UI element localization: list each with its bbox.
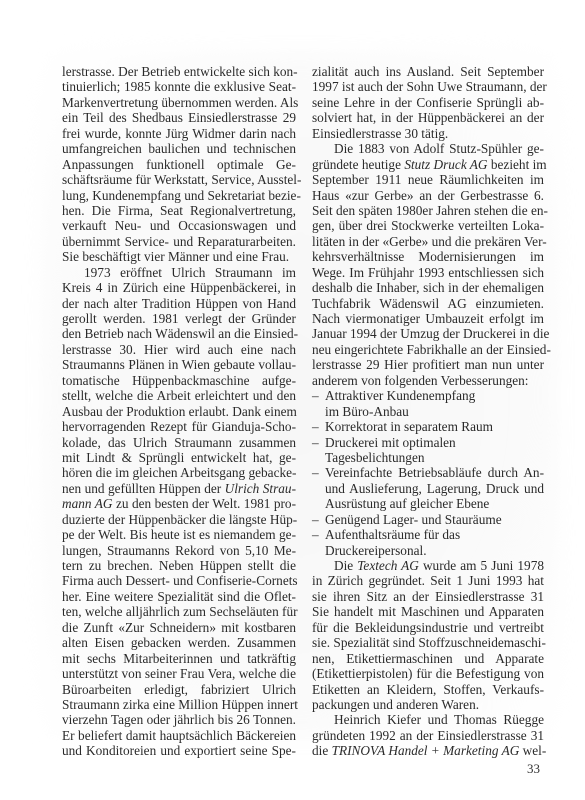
text-line: seine Lehre in der Confiserie Sprüngli a… bbox=[312, 95, 544, 110]
text-line: Die Textech AG wurde am 5 Juni 1978 bbox=[312, 558, 544, 573]
text-line: solviert hat, in der Hüppenbäckerei an d… bbox=[312, 110, 544, 125]
text-line: Januar 1994 der Umzug der Druckerei in d… bbox=[312, 326, 544, 341]
text-line: alten Eisen gebacken werden. Zusammen bbox=[62, 635, 296, 650]
text-line: sie. Spezialität sind Stoffzuschneidemas… bbox=[312, 635, 544, 650]
text-line: Seit den späten 1980er Jahren stehen die… bbox=[312, 203, 544, 218]
list-bullet: – bbox=[312, 527, 319, 542]
company-name-italic: TRINOVA Handel + Marketing AG bbox=[332, 743, 520, 758]
text-line: im Büro-Anbau bbox=[312, 404, 544, 419]
list-bullet: – bbox=[312, 419, 319, 434]
text-line: zialität auch ins Ausland. Seit Septembe… bbox=[312, 64, 544, 79]
text-line: unterstützt von seiner Frau Vera, welche… bbox=[62, 666, 296, 681]
text-line: vierzehn Tagen oder jährlich bis 26 Tonn… bbox=[62, 712, 296, 727]
text-line: Sie beschäftigt vier Männer und eine Fra… bbox=[62, 249, 296, 264]
text-line: neu eingerichtete Fabrikhalle an der Ein… bbox=[312, 342, 544, 357]
text-line: Tuchfabrik Wädenswil AG einzumieten. bbox=[312, 296, 544, 311]
text-line: die TRINOVA Handel + Marketing AG wel- bbox=[312, 743, 544, 758]
text-line: übernimmt Service- und Reparaturarbeiten… bbox=[62, 234, 296, 249]
text-line: gen, über drei Stockwerke verteilten Lok… bbox=[312, 218, 544, 233]
text-line: Wege. Im Frühjahr 1993 entschliessen sic… bbox=[312, 265, 544, 280]
text-line: hervorragenden Rezept für Gianduja-Scho- bbox=[62, 419, 296, 434]
text-line: gerollt werden. 1981 verlegt der Gründer bbox=[62, 311, 296, 326]
text-line: Die 1883 von Adolf Stutz-Spühler ge- bbox=[312, 141, 544, 156]
text-line: umfangreichen baulichen und technischen bbox=[62, 141, 296, 156]
text-line: Ausrüstung auf gleicher Ebene bbox=[312, 496, 544, 511]
company-name-italic: Ulrich Strau- bbox=[225, 481, 296, 496]
text-line: Straumanns Plänen in Wien gebaute vollau… bbox=[62, 357, 296, 372]
company-name-italic: Stutz Druck AG bbox=[404, 157, 487, 172]
text-line: und Auslieferung, Lagerung, Druck und bbox=[312, 481, 544, 496]
text-line: her. Eine weitere Spezialität sind die O… bbox=[62, 589, 296, 604]
text-line: Ausbau der Produktion erlaubt. Dank eine… bbox=[62, 404, 296, 419]
text-line: mann AG zu den besten der Welt. 1981 pro… bbox=[62, 496, 296, 511]
left-text-column: lerstrasse. Der Betrieb entwickelte sich… bbox=[62, 64, 296, 759]
text-line: lung, Kundenempfang und Sekretariat bezi… bbox=[62, 188, 296, 203]
text-line: hen. Die Firma, Seat Regionalvertretung, bbox=[62, 203, 296, 218]
text-line: stellt, welche die Arbeit erleichtert un… bbox=[62, 388, 296, 403]
text-line: duzierte der Hüppenbäcker die längste Hü… bbox=[62, 512, 296, 527]
text-line: 1997 ist auch der Sohn Uwe Straumann, de… bbox=[312, 79, 544, 94]
text-line: deshalb die Inhaber, sich in der ehemali… bbox=[312, 280, 544, 295]
text-line: und Konditoreien und exportiert seine Sp… bbox=[62, 743, 296, 758]
list-bullet: – bbox=[312, 388, 319, 403]
text-line: den Betrieb nach Wädenswil an die Einsie… bbox=[62, 326, 296, 341]
text-line: lerstrasse 30. Hier wird auch eine nach bbox=[62, 342, 296, 357]
list-bullet: – bbox=[312, 465, 319, 480]
company-name-italic: Textech AG bbox=[357, 558, 419, 573]
text-line: schäftsräume für Werkstatt, Service, Aus… bbox=[62, 172, 296, 187]
list-bullet: – bbox=[312, 435, 319, 450]
text-line: lerstrasse. Der Betrieb entwickelte sich… bbox=[62, 64, 296, 79]
list-bullet: – bbox=[312, 512, 319, 527]
text-line: Kreis 4 in Zürich eine Hüppenbäckerei, i… bbox=[62, 280, 296, 295]
text-line: Straumann zirka eine Million Hüppen inne… bbox=[62, 697, 296, 712]
text-line: September 1911 neue Räumlichkeiten im bbox=[312, 172, 544, 187]
text-line: nen, Etikettiermaschinen und Apparate bbox=[312, 651, 544, 666]
text-line: Markenvertretung übernommen werden. Als bbox=[62, 95, 296, 110]
company-name-italic: mann AG bbox=[62, 496, 113, 511]
text-line: gründete heutige Stutz Druck AG bezieht … bbox=[312, 157, 544, 172]
text-line: kolade, das Ulrich Straumann zusammen bbox=[62, 435, 296, 450]
text-line: Anpassungen funktionell optimale Ge- bbox=[62, 157, 296, 172]
text-line: –Druckerei mit optimalen bbox=[312, 435, 544, 450]
text-line: ein Teil des Shedbaus Einsiedlerstrasse … bbox=[62, 110, 296, 125]
text-line: lerstrasse 29 Hier profitiert man nun un… bbox=[312, 357, 544, 372]
text-line: tomatische Hüppenbackmaschine aufge- bbox=[62, 373, 296, 388]
text-line: der nach alter Tradition Hüppen von Hand bbox=[62, 296, 296, 311]
text-line: mit Lindt & Sprüngli entwickelt hat, ge- bbox=[62, 450, 296, 465]
text-line: die Zunft «Zur Schneidern» mit kostbaren bbox=[62, 620, 296, 635]
text-line: gründeten 1992 an der Einsiedlerstrasse … bbox=[312, 728, 544, 743]
text-line: Heinrich Kiefer und Thomas Rüegge bbox=[312, 712, 544, 727]
text-line: pe der Welt. Bis heute ist es niemandem … bbox=[62, 527, 296, 542]
text-line: –Genügend Lager- und Stauräume bbox=[312, 512, 544, 527]
text-line: litäten in der «Gerbe» und die prekären … bbox=[312, 234, 544, 249]
text-line: in Zürich gegründet. Seit 1 Juni 1993 ha… bbox=[312, 573, 544, 588]
text-line: Er beliefert damit hauptsächlich Bäckere… bbox=[62, 728, 296, 743]
text-line: Nach viermonatiger Umbauzeit erfolgt im bbox=[312, 311, 544, 326]
text-line: mit sechs Mitarbeiterinnen und tatkräfti… bbox=[62, 651, 296, 666]
text-line: Sie handelt mit Maschinen und Apparaten bbox=[312, 604, 544, 619]
text-line: –Vereinfachte Betriebsabläufe durch An- bbox=[312, 465, 544, 480]
text-line: Druckereipersonal. bbox=[312, 543, 544, 558]
text-line: Haus «zur Gerbe» an der Gerbestrasse 6. bbox=[312, 188, 544, 203]
text-line: sie ihren Sitz an der Einsiedlerstrasse … bbox=[312, 589, 544, 604]
text-line: (Etikettierpistolen) für die Befestigung… bbox=[312, 666, 544, 681]
text-line: anderem von folgenden Verbesserungen: bbox=[312, 373, 544, 388]
text-line: tern zu brechen. Neben Hüppen stellt die bbox=[62, 558, 296, 573]
text-line: nen und gefüllten Hüppen der Ulrich Stra… bbox=[62, 481, 296, 496]
text-line: tinuierlich; 1985 konnte die exklusive S… bbox=[62, 79, 296, 94]
text-line: packungen und anderen Waren. bbox=[312, 697, 544, 712]
text-line: kehrsverhältnisse Modernisierungen im bbox=[312, 249, 544, 264]
text-line: ten, welche alljährlich zum Sechseläuten… bbox=[62, 604, 296, 619]
text-line: verkauft Neu- und Occasionswagen und bbox=[62, 218, 296, 233]
text-line: frei wurde, konnte Jürg Widmer darin nac… bbox=[62, 126, 296, 141]
text-line: –Aufenthaltsräume für das bbox=[312, 527, 544, 542]
text-line: Etiketten an Kleidern, Stoffen, Verkaufs… bbox=[312, 682, 544, 697]
text-line: Firma auch Dessert- und Confiserie-Corne… bbox=[62, 573, 296, 588]
text-line: 1973 eröffnet Ulrich Straumann im bbox=[62, 265, 296, 280]
text-line: lungen, Straumanns Rekord von 5,10 Me- bbox=[62, 543, 296, 558]
text-line: –Korrektorat in separatem Raum bbox=[312, 419, 544, 434]
text-line: hören die im gleichen Arbeitsgang geback… bbox=[62, 465, 296, 480]
right-text-column: zialität auch ins Ausland. Seit Septembe… bbox=[312, 64, 544, 759]
text-line: Büroarbeiten erledigt, fabriziert Ulrich bbox=[62, 682, 296, 697]
text-line: für die Bekleidungsindustrie und vertrei… bbox=[312, 620, 544, 635]
text-line: Einsiedlerstrasse 30 tätig. bbox=[312, 126, 544, 141]
page-number: 33 bbox=[527, 761, 540, 777]
text-line: –Attraktiver Kundenempfang bbox=[312, 388, 544, 403]
text-line: Tagesbelichtungen bbox=[312, 450, 544, 465]
